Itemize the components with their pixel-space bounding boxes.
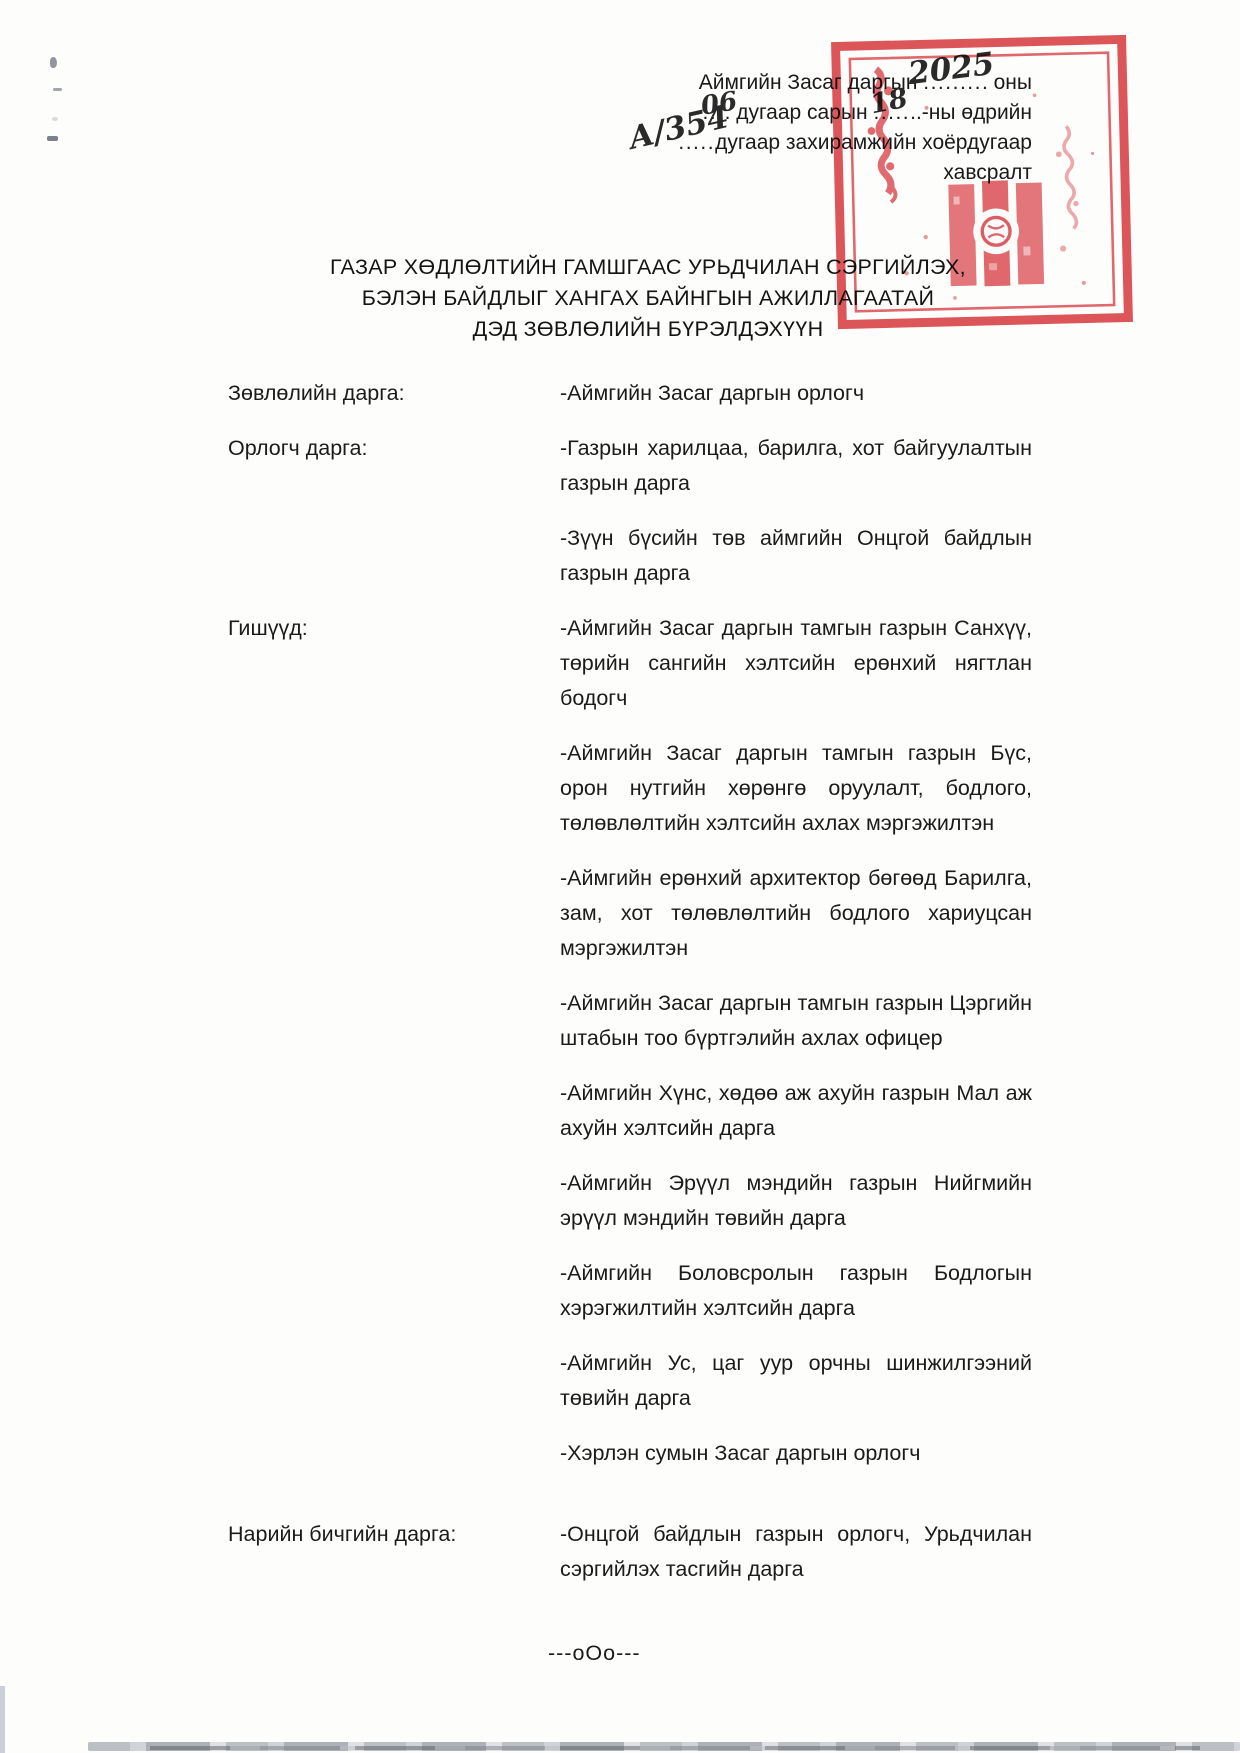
roster-row: Нарийн бичгийн дарга:-Онцгой байдлын газ… [228, 1517, 1032, 1607]
roster-member-item: -Аймгийн Засаг даргын тамгын газрын Бүс,… [560, 736, 1032, 841]
scan-artifact-mark [47, 136, 58, 141]
roster-member-list: -Газрын харилцаа, барилга, хот байгуулал… [560, 431, 1032, 611]
scan-artifact-mark [50, 57, 57, 68]
roster-member-list: -Аймгийн Засаг даргын тамгын газрын Санх… [560, 611, 1032, 1491]
roster-role-label: Гишүүд: [228, 611, 560, 646]
roster-member-item: -Аймгийн Ус, цаг уур орчны шинжилгээний … [560, 1346, 1032, 1416]
roster-row: Орлогч дарга:-Газрын харилцаа, барилга, … [228, 431, 1032, 611]
document-page: Аймгийн Засаг даргын ........2025. оны..… [0, 0, 1240, 1753]
dotted-blank-dots: ... [703, 101, 725, 124]
roster-member-item: -Онцгой байдлын газрын орлогч, Урьдчилан… [560, 1517, 1032, 1587]
stamp-center-emblem [948, 180, 1044, 288]
roster-member-list: -Аймгийн Засаг даргын орлогч [560, 376, 1032, 431]
roster-role-label: Орлогч дарга: [228, 431, 560, 466]
roster-row: Гишүүд:-Аймгийн Засаг даргын тамгын газр… [228, 611, 1032, 1491]
scan-artifact-left-edge [0, 1686, 5, 1753]
roster-member-item: -Аймгийн Засаг даргын тамгын газрын Санх… [560, 611, 1032, 716]
stamp-script-left [867, 69, 896, 203]
dotted-blank: .....А/354 [678, 128, 715, 158]
roster-member-item: -Хэрлэн сумын Засаг даргын орлогч [560, 1436, 1032, 1471]
roster-member-item: -Газрын харилцаа, барилга, хот байгуулал… [560, 431, 1032, 501]
roster-member-item: -Аймгийн Засаг даргын орлогч [560, 376, 1032, 411]
roster-member-item: -Аймгийн Боловсролын газрын Бодлогын хэр… [560, 1256, 1032, 1326]
roster-member-item: -Зүүн бүсийн төв аймгийн Онцгой байдлын … [560, 521, 1032, 591]
roster-member-list: -Онцгой байдлын газрын орлогч, Урьдчилан… [560, 1517, 1032, 1607]
scan-artifact-bottom-edge [150, 1746, 1200, 1750]
roster-role-label: Зөвлөлийн дарга: [228, 376, 560, 411]
roster-member-item: -Аймгийн ерөнхий архитектор бөгөөд Барил… [560, 861, 1032, 966]
roster-role-label: Нарийн бичгийн дарга: [228, 1517, 560, 1552]
stamp-script-right [1056, 126, 1080, 251]
scan-artifact-mark [53, 88, 62, 91]
roster-row: Зөвлөлийн дарга:-Аймгийн Засаг даргын ор… [228, 376, 1032, 431]
official-red-seal-stamp [829, 32, 1134, 331]
separator-ooo: ---oOo--- [548, 1641, 641, 1666]
roster: Зөвлөлийн дарга:-Аймгийн Засаг даргын ор… [228, 376, 1032, 1607]
scan-artifact-mark [52, 117, 58, 121]
dotted-blank-dots: ..... [678, 131, 715, 154]
roster-member-item: -Аймгийн Эрүүл мэндийн газрын Нийгмийн э… [560, 1166, 1032, 1236]
dotted-blank: ...06 [703, 98, 725, 128]
roster-member-item: -Аймгийн Засаг даргын тамгын газрын Цэрг… [560, 986, 1032, 1056]
roster-member-item: -Аймгийн Хүнс, хөдөө аж ахуйн газрын Мал… [560, 1076, 1032, 1146]
